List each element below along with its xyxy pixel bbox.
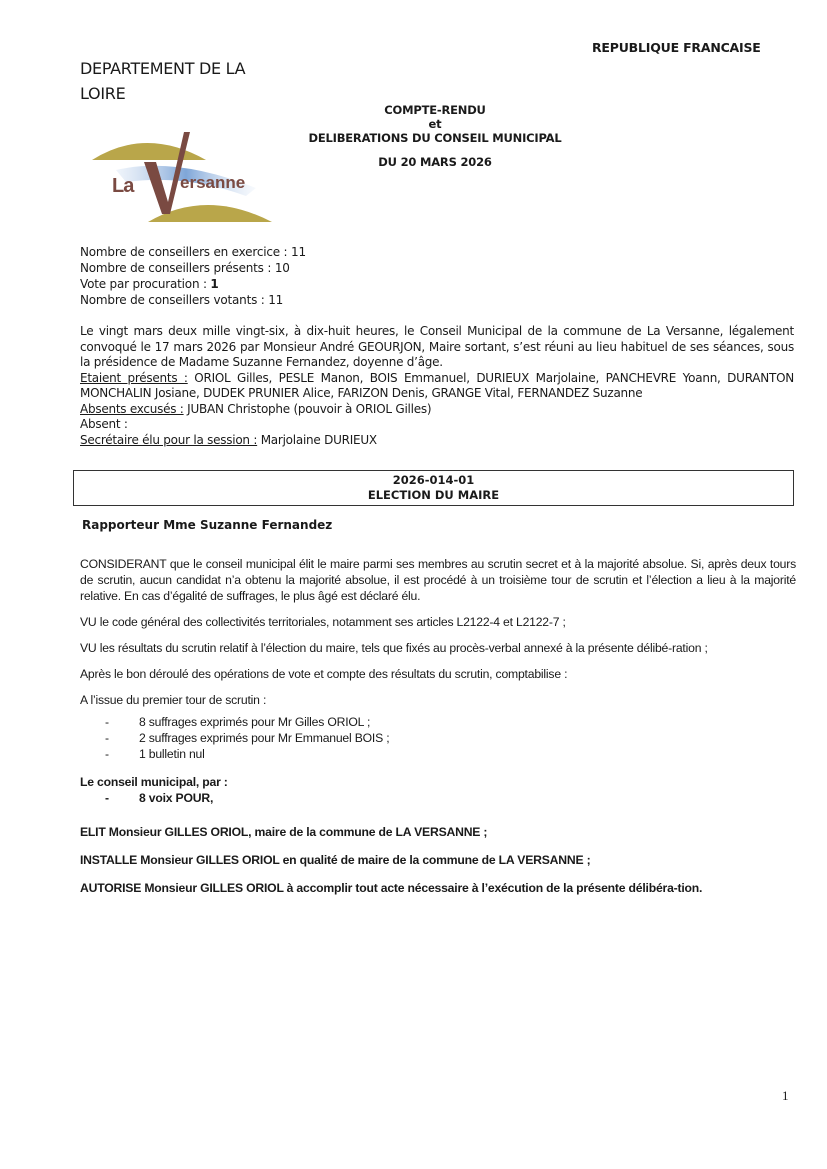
vu-resultats-paragraph: VU les résultats du scrutin relatif à l’… [80, 640, 796, 656]
stat-votants: Nombre de conseillers votants : 11 [80, 292, 306, 308]
departement-line2: LOIRE [80, 81, 245, 106]
autorise-paragraph: AUTORISE Monsieur GILLES ORIOL à accompl… [80, 880, 796, 896]
republique-francaise-heading: REPUBLIQUE FRANCAISE [592, 40, 761, 55]
deliberation-header-box: 2026-014-01 ELECTION DU MAIRE [73, 470, 794, 506]
meeting-date: DU 20 MARS 2026 [280, 155, 590, 169]
conseil-par: Le conseil municipal, par : [80, 774, 796, 790]
departement-line1: DEPARTEMENT DE LA [80, 56, 245, 81]
list-item: 1 bulletin nul [80, 746, 796, 762]
document-title: COMPTE-RENDU et DELIBERATIONS DU CONSEIL… [280, 103, 590, 169]
list-item: 2 suffrages exprimés pour Mr Emmanuel BO… [80, 730, 796, 746]
results-list: 8 suffrages exprimés pour Mr Gilles ORIO… [80, 714, 796, 762]
svg-text:La: La [112, 175, 135, 197]
logo-graphic: La ersanne [86, 126, 276, 222]
svg-text:ersanne: ersanne [180, 173, 245, 192]
elit-paragraph: ELIT Monsieur GILLES ORIOL, maire de la … [80, 824, 796, 840]
deliberation-title: ELECTION DU MAIRE [74, 488, 793, 503]
rapporteur: Rapporteur Mme Suzanne Fernandez [82, 518, 332, 532]
list-item: 8 suffrages exprimés pour Mr Gilles ORIO… [80, 714, 796, 730]
council-stats: Nombre de conseillers en exercice : 11 N… [80, 244, 306, 308]
vu-code-paragraph: VU le code général des collectivités ter… [80, 614, 796, 630]
issue-paragraph: A l’issue du premier tour de scrutin : [80, 692, 796, 708]
intro-paragraph: Le vingt mars deux mille vingt-six, à di… [80, 324, 794, 371]
attendees-absent: Absent : [80, 417, 794, 433]
attendees-present: Etaient présents : ORIOL Gilles, PESLE M… [80, 371, 794, 402]
deliberation-body: CONSIDERANT que le conseil municipal éli… [80, 556, 796, 908]
title-line3: DELIBERATIONS DU CONSEIL MUNICIPAL [280, 131, 590, 145]
presents-label: Etaient présents : [80, 371, 188, 385]
session-secretary: Secrétaire élu pour la session : Marjola… [80, 433, 794, 449]
installe-paragraph: INSTALLE Monsieur GILLES ORIOL en qualit… [80, 852, 796, 868]
stat-en-exercice: Nombre de conseillers en exercice : 11 [80, 244, 306, 260]
excuses-label: Absents excusés : [80, 402, 184, 416]
title-line1: COMPTE-RENDU [280, 103, 590, 117]
page-number: 1 [782, 1088, 789, 1104]
title-line2: et [280, 117, 590, 131]
attendees-excused: Absents excusés : JUBAN Christophe (pouv… [80, 402, 794, 418]
stat-procuration: Vote par procuration : 1 [80, 276, 306, 292]
considerant-paragraph: CONSIDERANT que le conseil municipal éli… [80, 556, 796, 604]
apres-paragraph: Après le bon déroulé des opérations de v… [80, 666, 796, 682]
secretaire-label: Secrétaire élu pour la session : [80, 433, 257, 447]
session-intro: Le vingt mars deux mille vingt-six, à di… [80, 324, 794, 448]
stat-presents: Nombre de conseillers présents : 10 [80, 260, 306, 276]
votes-list: 8 voix POUR, [80, 790, 796, 806]
la-versanne-logo: La ersanne [86, 126, 276, 222]
deliberation-number: 2026-014-01 [74, 473, 793, 488]
list-item: 8 voix POUR, [80, 790, 796, 806]
departement-heading: DEPARTEMENT DE LA LOIRE [80, 56, 245, 106]
